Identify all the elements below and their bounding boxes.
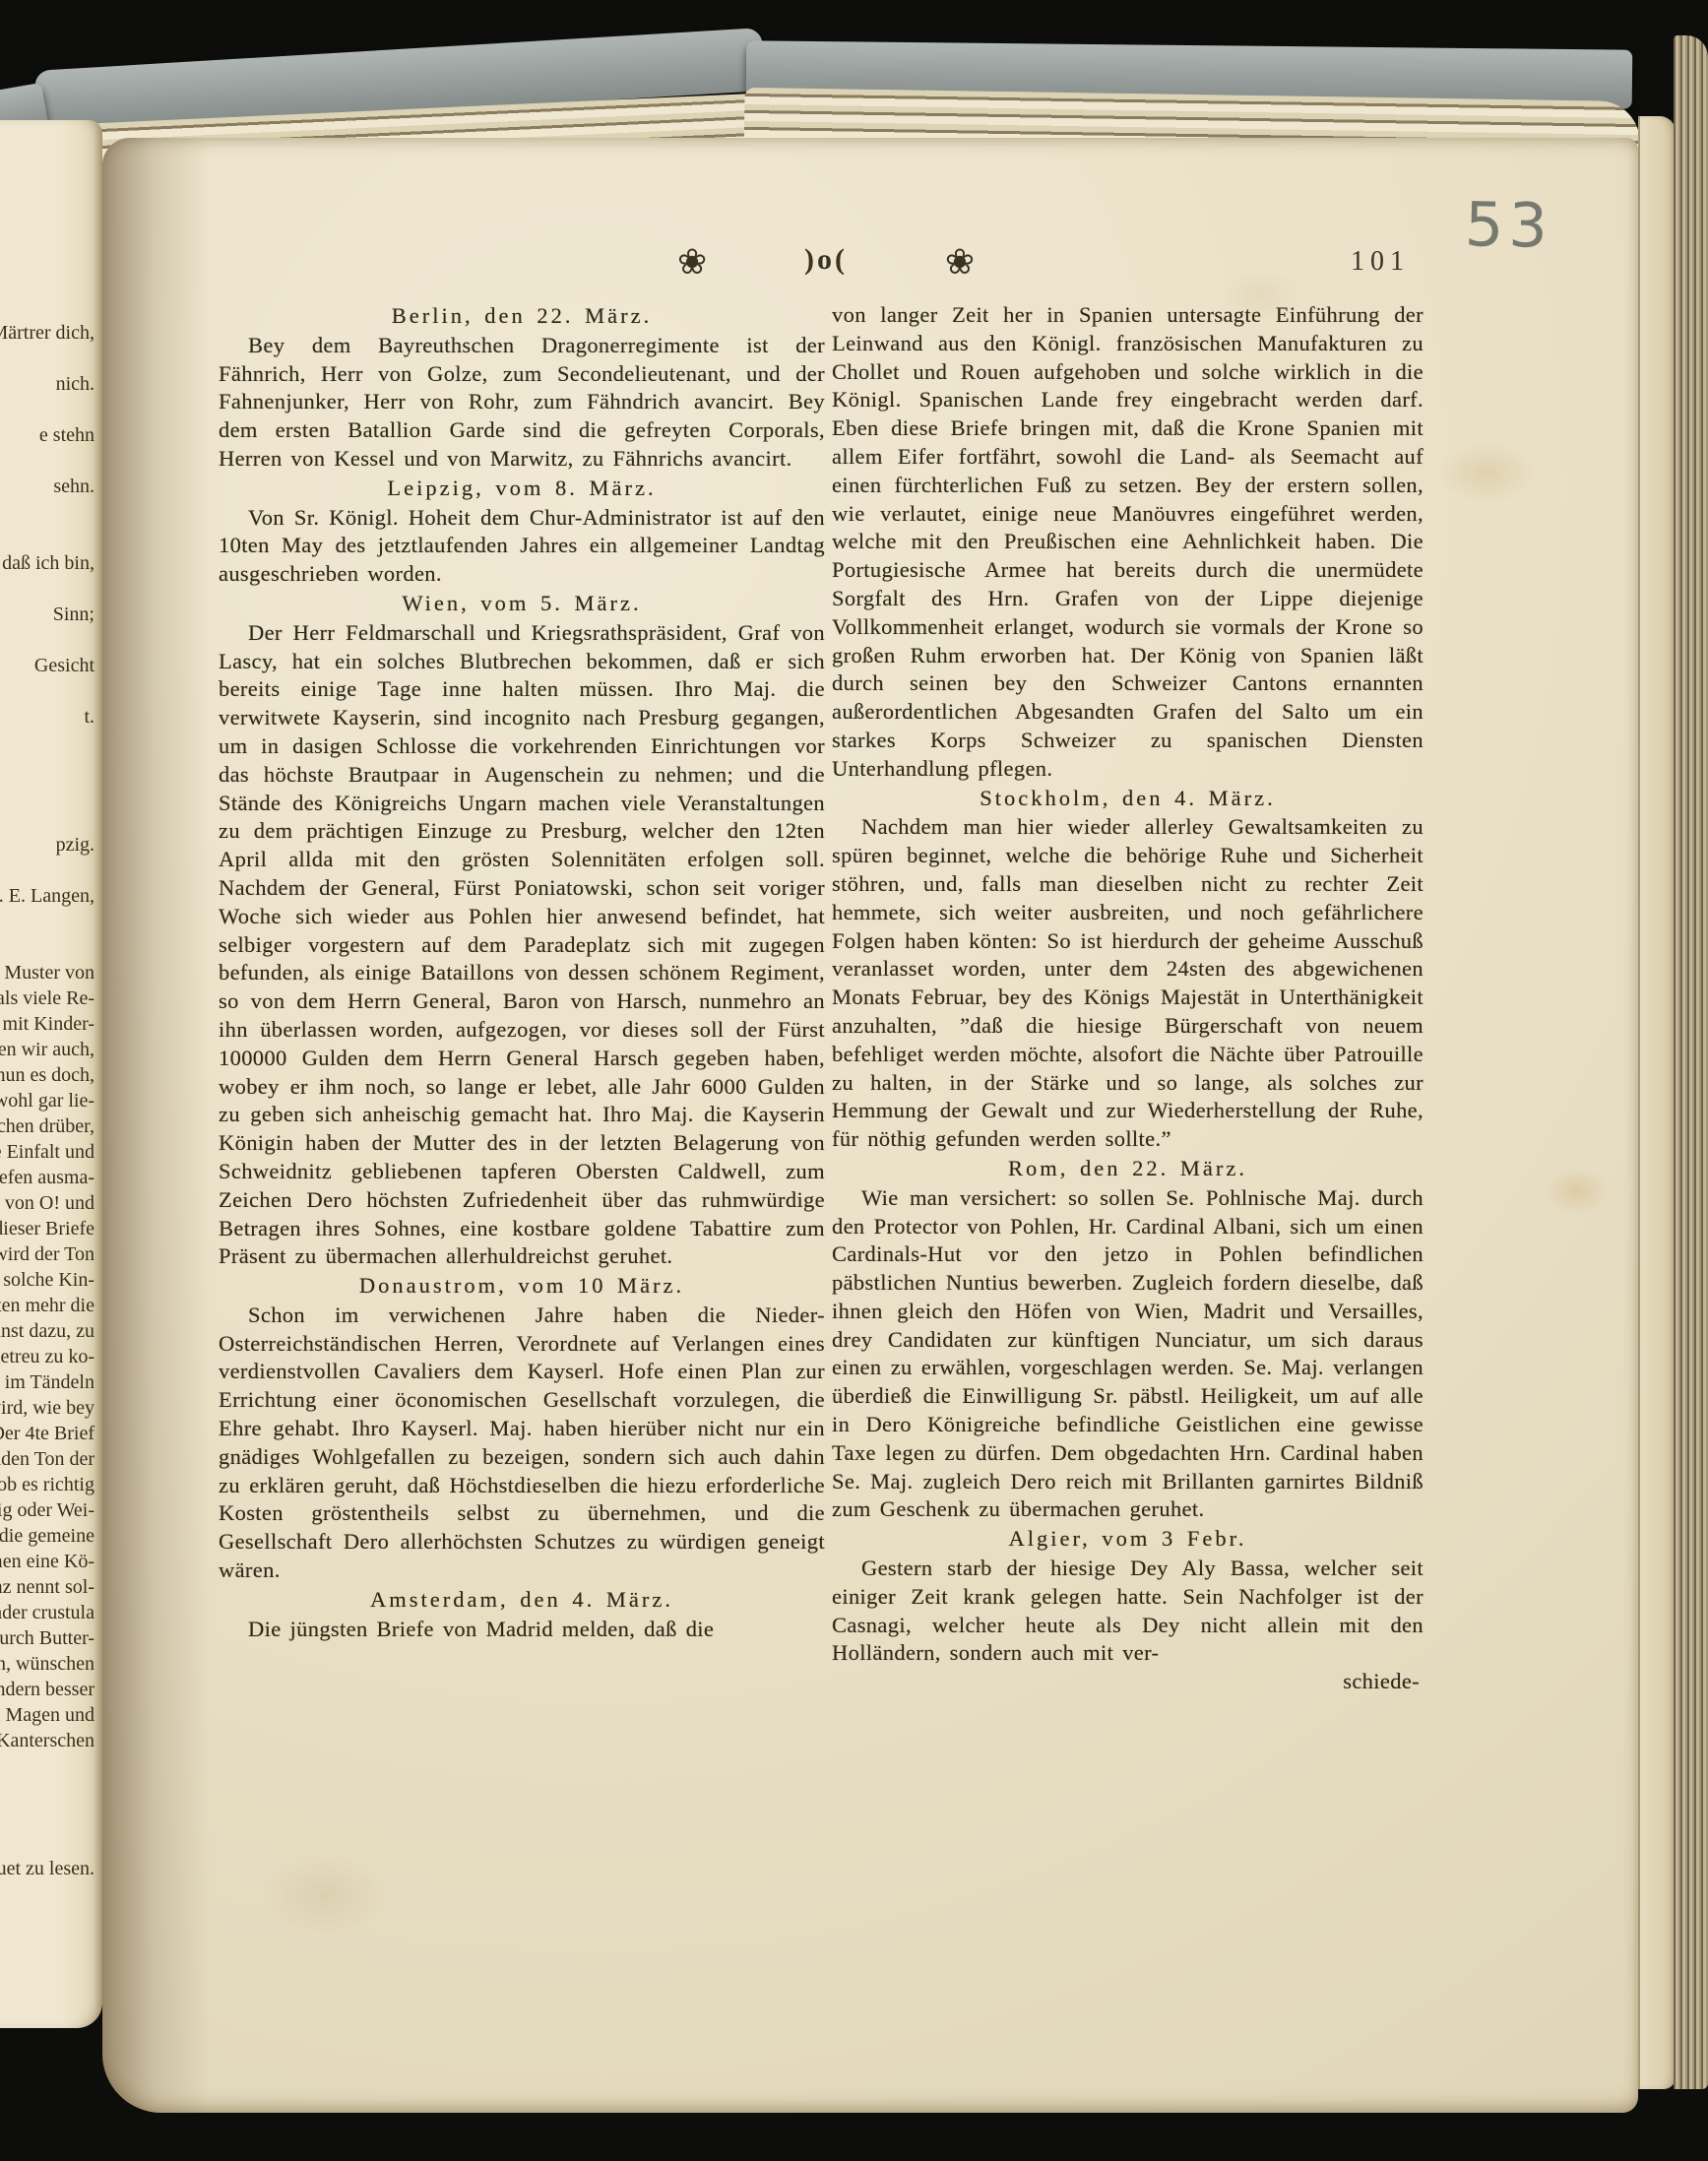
text-block: Der Herr Feldmarschall und Kriegsrathspr… xyxy=(219,619,825,1271)
facing-page-text: Märtrer dich,nich.e stehnsehn.daß ich bi… xyxy=(0,120,102,1881)
text-column-right: von langer Zeit her in Spanien untersagt… xyxy=(832,301,1423,1696)
fore-edge xyxy=(1638,116,1676,2089)
margin-line: wissen wir auch, xyxy=(0,1037,95,1062)
margin-line: sie thun es doch, xyxy=(0,1062,95,1088)
margin-line: e stehn xyxy=(39,422,95,448)
facing-page-strip: Märtrer dich,nich.e stehnsehn.daß ich bi… xyxy=(0,120,102,2028)
text-block: Stockholm, den 4. März. xyxy=(832,784,1423,814)
margin-line: n Kindern besser xyxy=(0,1677,95,1702)
margin-line: e durch Butter- xyxy=(0,1625,95,1651)
text-block: Wien, vom 5. März. xyxy=(219,589,825,619)
printed-page-number: 101 xyxy=(1351,246,1410,278)
margin-line: Bossuet zu lesen. xyxy=(0,1856,95,1881)
margin-line: Kunst dazu, zu xyxy=(0,1318,95,1344)
text-block: Von Sr. Königl. Hoheit dem Chur-Administ… xyxy=(219,504,825,589)
margin-line: ige dieser Briefe xyxy=(0,1216,95,1241)
text-block: Leipzig, vom 8. März. xyxy=(219,474,825,504)
margin-line: en wird der Ton xyxy=(0,1241,95,1267)
margin-line: nich. xyxy=(56,371,95,397)
text-block: Donaustrom, vom 10 März. xyxy=(219,1271,825,1302)
gutter-shadow xyxy=(102,138,211,2113)
text-block: schiede- xyxy=(832,1668,1423,1696)
margin-line: l wird, wie bey xyxy=(0,1395,95,1421)
margin-line: Sinn; xyxy=(53,602,95,627)
margin-line: äulchen drüber, xyxy=(0,1113,95,1139)
shell-ornament-right-icon: ❀ xyxy=(945,244,975,280)
margin-line: Kinder crustula xyxy=(0,1600,95,1625)
margin-line: daß ich bin, xyxy=(2,550,95,576)
margin-line: t. xyxy=(84,704,95,730)
header-ornaments: ❀ )o( ❀ xyxy=(677,244,975,280)
text-block: Algier, vom 3 Febr. xyxy=(832,1524,1423,1555)
lens-separator-ornament: )o( xyxy=(804,243,848,277)
margin-line: übten mehr die xyxy=(0,1293,95,1318)
text-block: Nachdem man hier wieder allerley Gewalts… xyxy=(832,813,1423,1154)
margin-line: eit im Tändeln xyxy=(0,1369,95,1395)
margin-line: en Kanterschen xyxy=(0,1728,95,1753)
text-block: Berlin, den 22. März. xyxy=(219,301,825,332)
margin-line: önig oder Wei- xyxy=(0,1497,95,1523)
margin-line: Gesicht xyxy=(34,653,95,678)
text-column-left: Berlin, den 22. März.Bey dem Bayreuthsch… xyxy=(219,301,825,1643)
text-block: Wie man versichert: so sollen Se. Pohlni… xyxy=(832,1184,1423,1525)
margin-line: denn, wünschen xyxy=(0,1651,95,1677)
margin-line: mmen eine Kö- xyxy=(0,1549,95,1574)
margin-line: erbriefen ausma- xyxy=(0,1165,95,1190)
margin-line: R. E. Langen, xyxy=(0,883,95,909)
page-stack-edge xyxy=(1674,35,1708,2089)
margin-line: en Magen und xyxy=(0,1702,95,1728)
margin-line: Märtrer dich, xyxy=(0,320,95,346)
margin-line: lenden Ton der xyxy=(0,1446,95,1472)
handwritten-folio-number: 53 xyxy=(1464,188,1552,262)
text-block: Bey dem Bayreuthschen Dragonerregimente … xyxy=(219,332,825,474)
margin-line: n, als viele Re- xyxy=(0,985,95,1011)
text-block: Amsterdam, den 4. März. xyxy=(219,1585,825,1616)
margin-line: öne Einfalt und xyxy=(0,1139,95,1165)
margin-line: ln, ob es richtig xyxy=(0,1472,95,1497)
margin-line: nd wohl gar lie- xyxy=(0,1088,95,1113)
text-block: Rom, den 22. März. xyxy=(832,1154,1423,1184)
margin-line: sehn. xyxy=(53,474,95,499)
margin-line: on von O! und xyxy=(0,1190,95,1216)
shell-ornament-left-icon: ❀ xyxy=(677,244,707,280)
margin-line: ht getreu zu ko- xyxy=(0,1344,95,1369)
margin-line: oraz nennt sol- xyxy=(0,1574,95,1600)
book-scan: Märtrer dich,nich.e stehnsehn.daß ich bi… xyxy=(0,0,1708,2161)
margin-line: r sie mit Kinder- xyxy=(0,1011,95,1037)
text-block: Die jüngsten Briefe von Madrid melden, d… xyxy=(219,1616,825,1644)
text-block: Schon im verwichenen Jahre haben die Nie… xyxy=(219,1302,825,1585)
text-block: von langer Zeit her in Spanien untersagt… xyxy=(832,301,1423,784)
margin-line: pzig. xyxy=(56,832,95,858)
text-block: Gestern starb der hiesige Dey Aly Bassa,… xyxy=(832,1555,1423,1668)
margin-line: eht die gemeine xyxy=(0,1523,95,1549)
margin-line: daß Muster von xyxy=(0,960,95,985)
margin-line: . Der 4te Brief xyxy=(0,1421,95,1446)
margin-line: agen, solche Kin- xyxy=(0,1267,95,1293)
